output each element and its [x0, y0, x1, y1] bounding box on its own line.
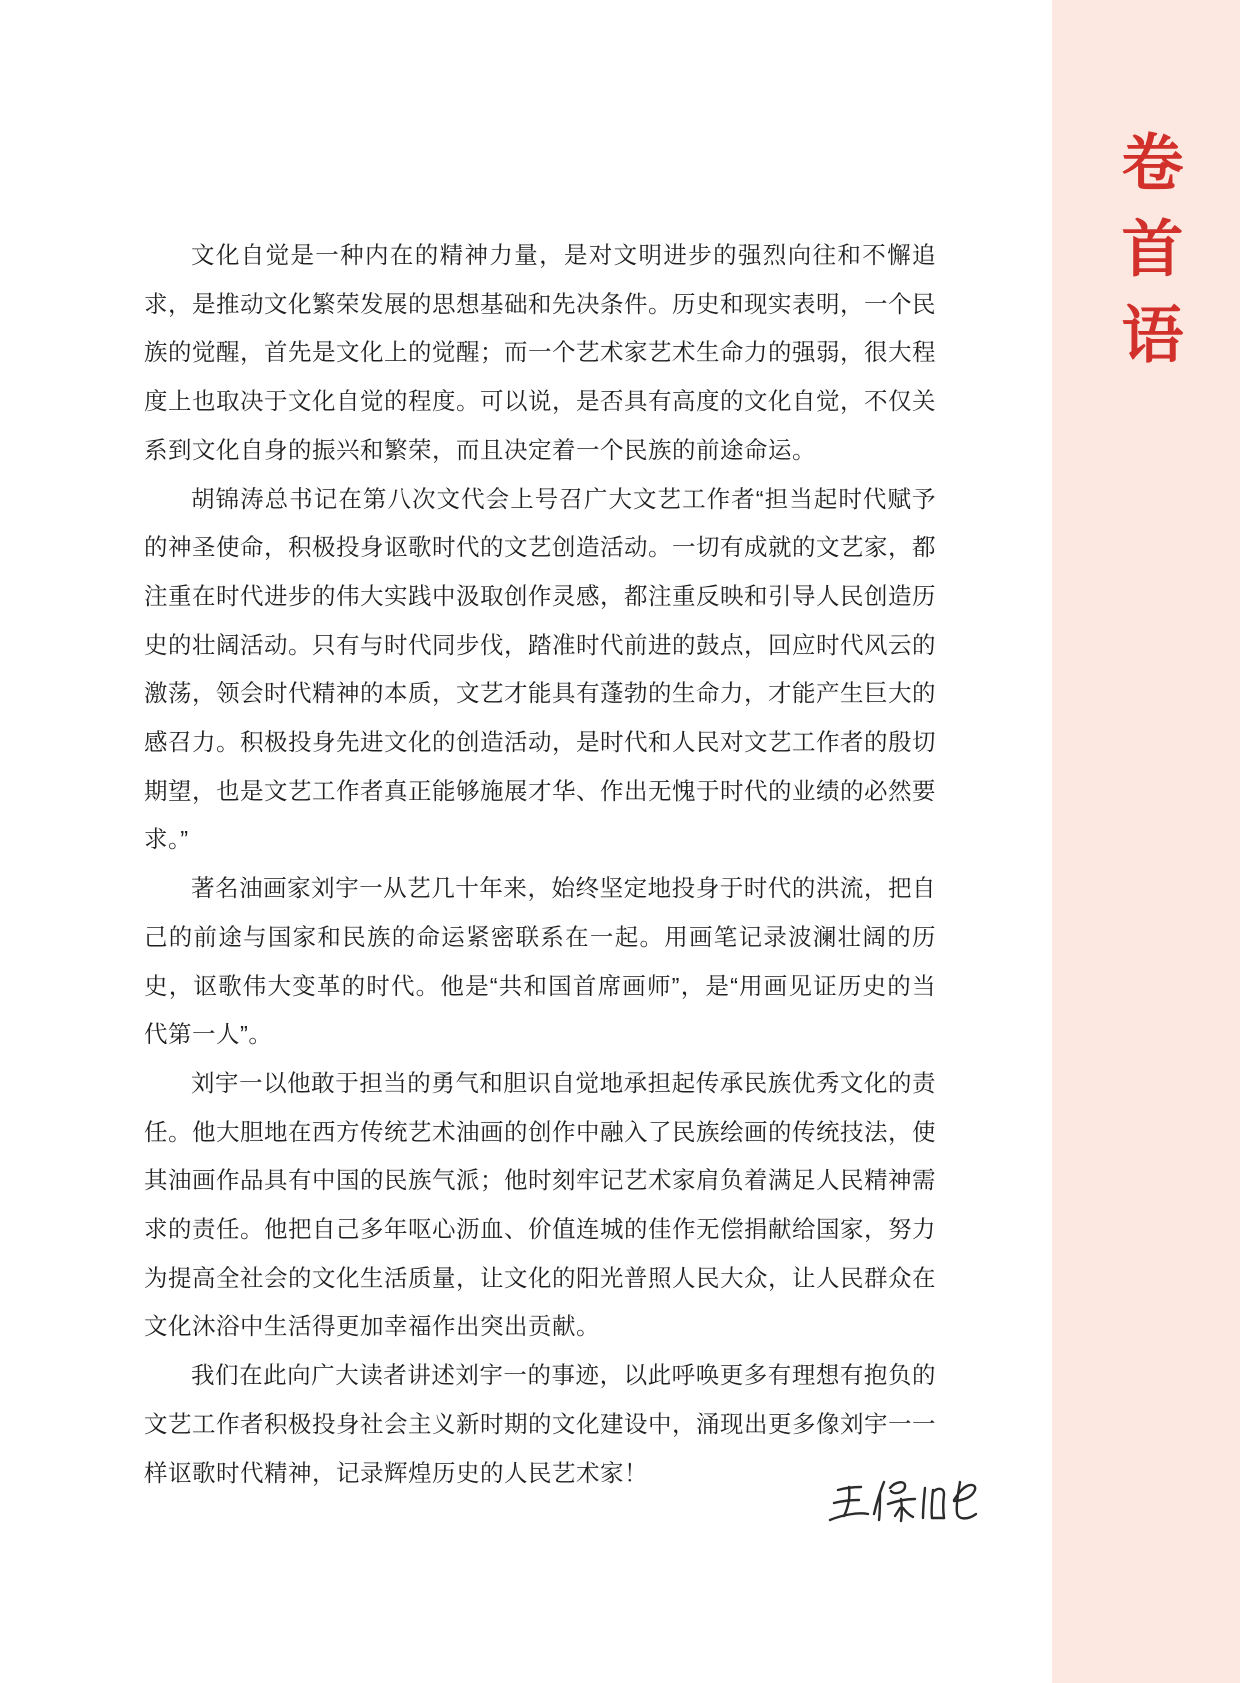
paragraph: 我们在此向广大读者讲述刘宇一的事迹，以此呼唤更多有理想有抱负的文艺工作者积极投身…: [144, 1351, 936, 1497]
page-title: 卷首语: [1115, 130, 1177, 388]
paragraph: 文化自觉是一种内在的精神力量，是对文明进步的强烈向往和不懈追求，是推动文化繁荣发…: [144, 231, 936, 475]
paragraph: 胡锦涛总书记在第八次文代会上号召广大文艺工作者“担当起时代赋予的神圣使命，积极投…: [144, 475, 936, 865]
foreword-page: 文化自觉是一种内在的精神力量，是对文明进步的强烈向往和不懈追求，是推动文化繁荣发…: [0, 0, 1240, 1683]
paragraph: 刘宇一以他敢于担当的勇气和胆识自觉地承担起传承民族优秀文化的责任。他大胆地在西方…: [144, 1059, 936, 1351]
paragraph: 著名油画家刘宇一从艺几十年来，始终坚定地投身于时代的洪流，把自己的前途与国家和民…: [144, 864, 936, 1059]
foreword-body: 文化自觉是一种内在的精神力量，是对文明进步的强烈向往和不懈追求，是推动文化繁荣发…: [144, 231, 936, 1497]
handwritten-signature: [828, 1468, 984, 1544]
sidebar-band: 卷首语: [1052, 0, 1240, 1683]
paragraphs: 文化自觉是一种内在的精神力量，是对文明进步的强烈向往和不懈追求，是推动文化繁荣发…: [144, 231, 936, 1497]
